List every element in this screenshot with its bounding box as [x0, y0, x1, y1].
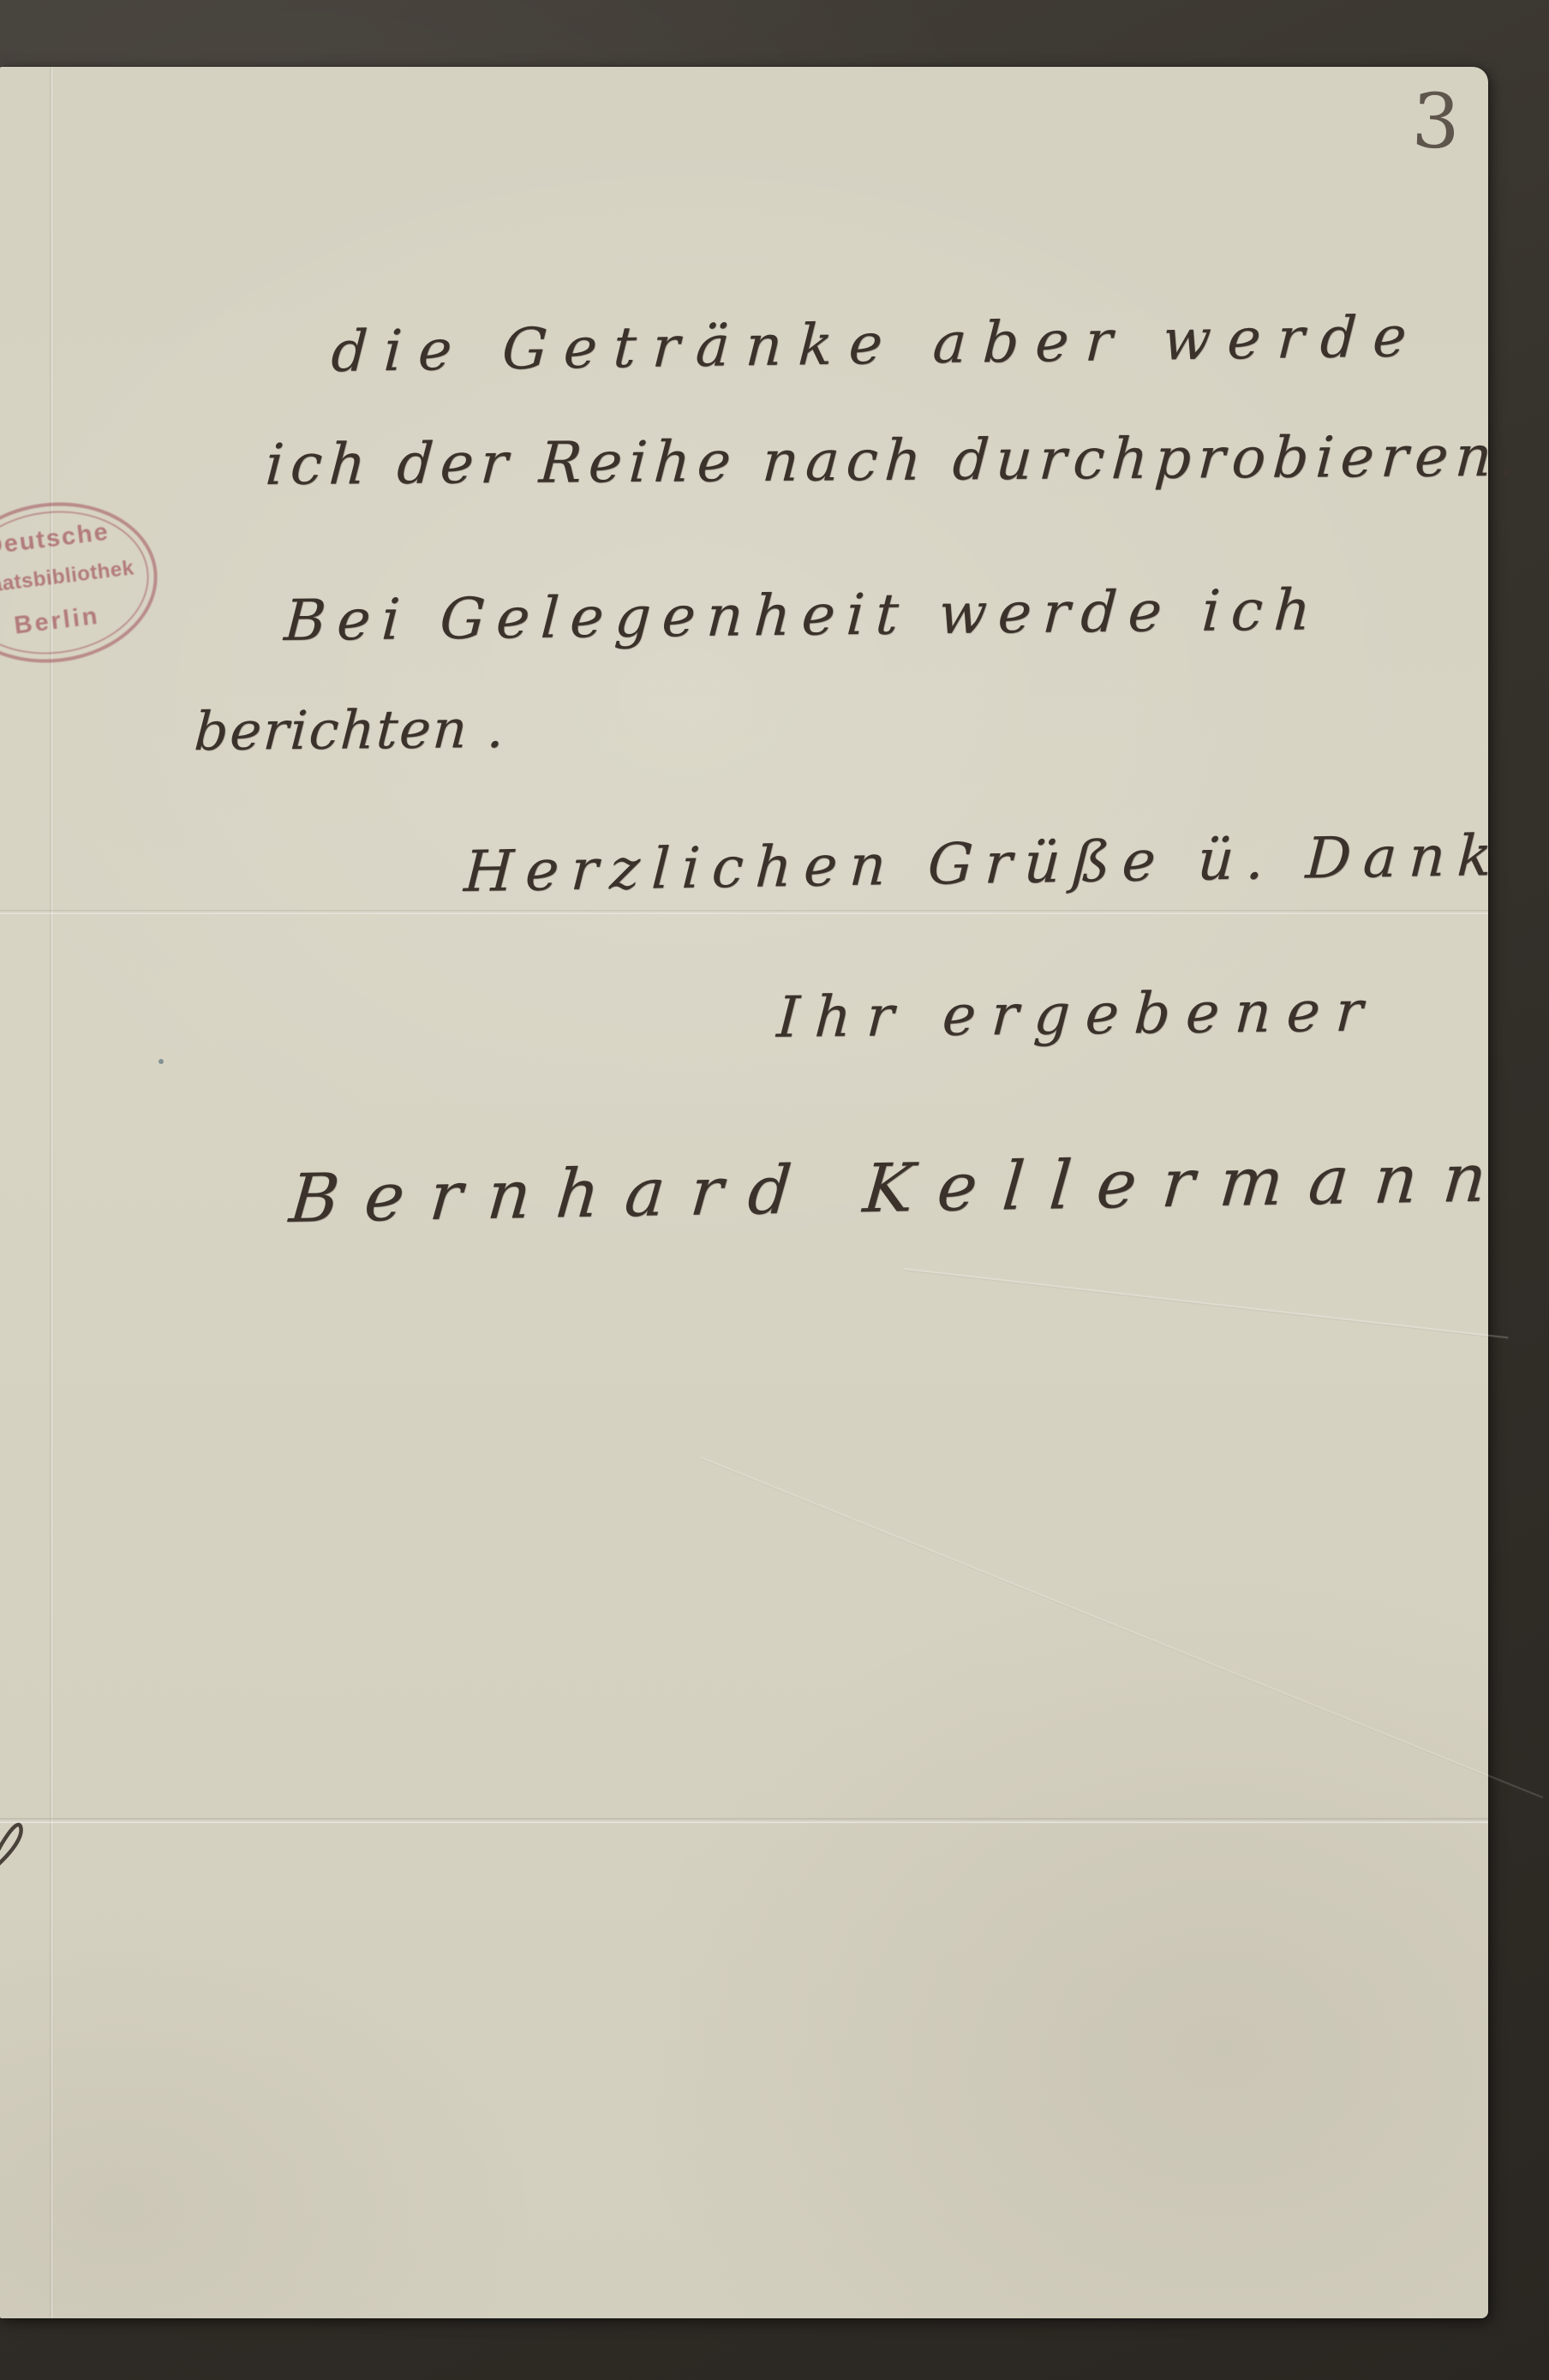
fold-crease-horizontal-2 — [0, 1818, 1488, 1823]
fold-crease-horizontal-1 — [0, 910, 1488, 914]
paper-speck — [158, 1059, 164, 1064]
fold-crease-diagonal-2 — [701, 1456, 1544, 1798]
handwriting-line-6: Ihr ergebener — [775, 984, 1379, 1046]
fold-crease-diagonal-1 — [904, 1268, 1509, 1338]
handwriting-line-5: Herzlichen Grüße ü. Dank — [463, 828, 1505, 900]
fold-crease-vertical — [50, 67, 54, 2318]
handwriting-line-3: Bei Gelegenheit werde ich — [283, 582, 1323, 649]
ink-mark-left-edge — [0, 1811, 29, 1875]
letter-page: 3 Deutsche Staatsbibliothek Berlin die G… — [0, 67, 1488, 2318]
scan-background: 3 Deutsche Staatsbibliothek Berlin die G… — [0, 0, 1549, 2380]
page-number: 3 — [1410, 83, 1461, 160]
handwriting-line-2: ich der Reihe nach durchprobieren. — [264, 428, 1525, 493]
library-stamp: Deutsche Staatsbibliothek Berlin — [0, 491, 166, 675]
handwriting-line-4: berichten . — [193, 703, 507, 758]
handwriting-line-1: die Getränke aber werde — [330, 308, 1424, 380]
signature: Bernhard Kellermann — [287, 1145, 1515, 1233]
